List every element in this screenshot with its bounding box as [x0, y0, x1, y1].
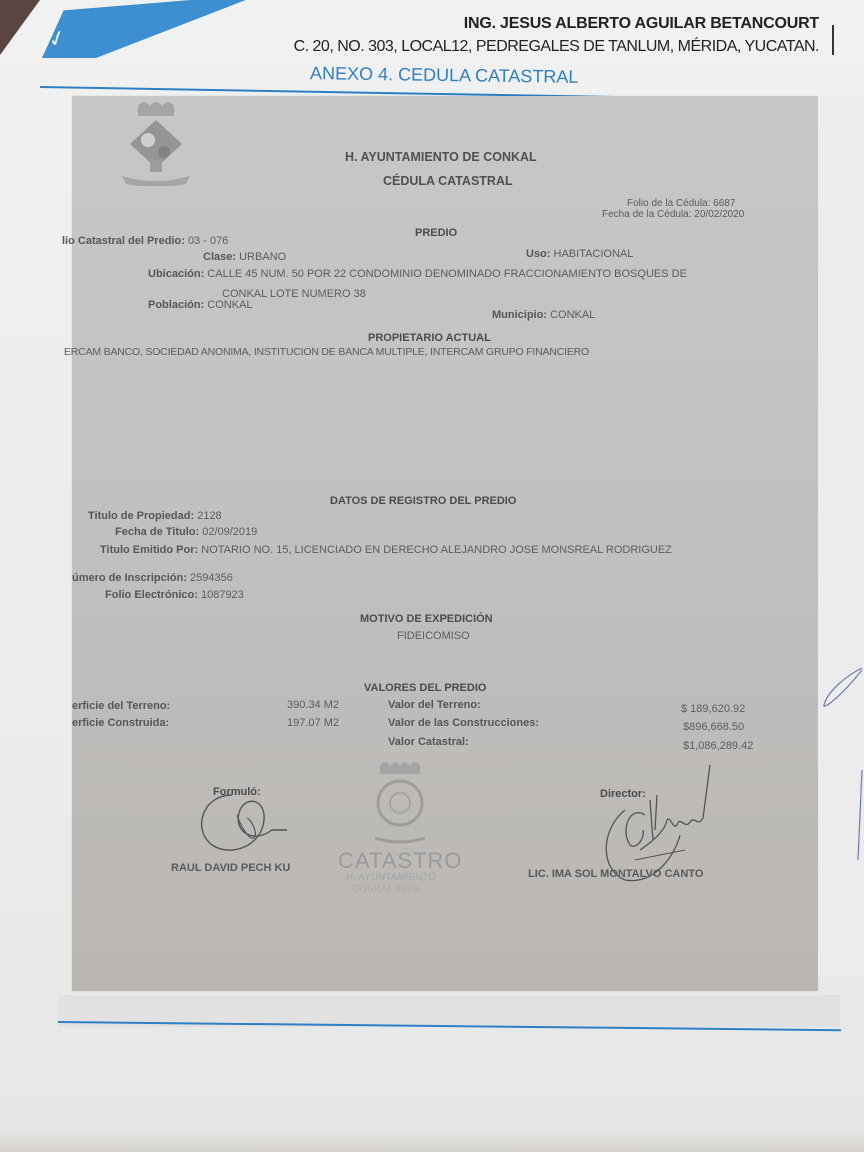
ubicacion-line1: CALLE 45 NUM. 50 POR 22 CONDOMINIO DENOM…: [207, 268, 687, 280]
stamp-title: CATASTRO: [338, 848, 463, 874]
valor-construcciones-value: $896,668.50: [683, 721, 744, 733]
fecha-label: Fecha de la Cédula:: [602, 209, 692, 220]
propietario-section-title: PROPIETARIO ACTUAL: [368, 332, 491, 344]
clase-value: URBANO: [239, 251, 286, 263]
document-title: CÉDULA CATASTRAL: [383, 174, 513, 188]
catastro-seal-icon: [365, 758, 435, 850]
folio-catastral-value: 03 - 076: [188, 235, 228, 247]
folio-catastral-row: lio Catastral del Predio: 03 - 076: [62, 235, 228, 247]
emitido-label: Titulo Emitido Por:: [100, 544, 198, 556]
valor-terreno-value: $ 189,620.92: [681, 703, 745, 715]
poblacion-row: Población: CONKAL: [148, 299, 253, 311]
uso-label: Uso:: [526, 248, 550, 260]
sup-construida-label: erficie Construida:: [72, 717, 169, 729]
pen-mark-icon: [818, 660, 864, 860]
clase-label: Clase:: [203, 251, 236, 263]
valor-catastral-value: $1,086,289.42: [683, 740, 753, 752]
scanned-page: ✓ ING. JESUS ALBERTO AGUILAR BETANCOURT …: [0, 0, 864, 1152]
uso-value: HABITACIONAL: [554, 248, 634, 260]
stamp-line1: H. AYUNTAMIENTO: [346, 872, 436, 883]
ubicacion-row: Ubicación: CALLE 45 NUM. 50 POR 22 CONDO…: [148, 268, 687, 280]
motivo-value: FIDEICOMISO: [397, 630, 470, 642]
folio-cedula: Folio de la Cédula: 6687: [627, 198, 735, 209]
clase-row: Clase: URBANO: [203, 251, 286, 263]
fecha-titulo-value: 02/09/2019: [202, 526, 257, 538]
predio-section-title: PREDIO: [415, 227, 457, 239]
sup-construida-value: 197.07 M2: [287, 717, 339, 729]
municipio-value: CONKAL: [550, 309, 595, 321]
company-logo: [42, 0, 312, 58]
institution-name: H. AYUNTAMIENTO DE CONKAL: [345, 150, 537, 164]
municipio-row: Municipio: CONKAL: [492, 309, 595, 321]
ubicacion-label: Ubicación:: [148, 268, 204, 280]
signature-director-icon: [595, 760, 725, 885]
page-bottom-edge: [0, 1130, 864, 1152]
valores-section-title: VALORES DEL PREDIO: [364, 682, 486, 694]
emitido-row: Titulo Emitido Por: NOTARIO NO. 15, LICE…: [100, 544, 672, 556]
fecha-value: 20/02/2020: [694, 209, 744, 220]
titulo-value: 2128: [197, 510, 221, 522]
faded-stamp: [705, 152, 765, 176]
company-address: C. 20, NO. 303, LOCAL12, PEDREGALES DE T…: [294, 38, 819, 56]
municipal-crest-icon: [120, 98, 192, 186]
folio-electronico-label: Folio Electrónico:: [105, 589, 198, 601]
titulo-row: Titulo de Propiedad: 2128: [88, 510, 222, 522]
folio-value: 6687: [713, 198, 735, 209]
director-name: LIC. IMA SOL MONTALVO CANTO: [528, 868, 703, 880]
fecha-cedula: Fecha de la Cédula: 20/02/2020: [602, 209, 744, 220]
folio-catastral-label: lio Catastral del Predio:: [62, 235, 185, 247]
valor-terreno-label: Valor del Terreno:: [388, 699, 481, 711]
propietario-name: ERCAM BANCO, SOCIEDAD ANONIMA, INSTITUCI…: [64, 346, 589, 358]
valor-construcciones-label: Valor de las Construcciones:: [388, 717, 539, 729]
inscripcion-label: úmero de Inscripción:: [72, 572, 187, 584]
folio-electronico-value: 1087923: [201, 589, 244, 601]
folio-label: Folio de la Cédula:: [627, 198, 710, 209]
inscripcion-row: úmero de Inscripción: 2594356: [72, 572, 233, 584]
sup-terreno-label: erficie del Terreno:: [72, 700, 170, 712]
fecha-titulo-label: Fecha de Titulo:: [115, 526, 199, 538]
folio-electronico-row: Folio Electrónico: 1087923: [105, 589, 244, 601]
poblacion-label: Población:: [148, 299, 204, 311]
poblacion-value: CONKAL: [207, 299, 252, 311]
titulo-label: Titulo de Propiedad:: [88, 510, 194, 522]
valor-catastral-label: Valor Catastral:: [388, 736, 469, 748]
municipio-label: Municipio:: [492, 309, 547, 321]
background-corner: [0, 0, 40, 55]
header-divider: [832, 25, 834, 55]
company-name: ING. JESUS ALBERTO AGUILAR BETANCOURT: [464, 15, 819, 33]
motivo-section-title: MOTIVO DE EXPEDICIÓN: [360, 613, 493, 625]
formulo-name: RAUL DAVID PECH KU: [171, 862, 290, 874]
signature-formulo-icon: [192, 790, 292, 860]
annex-title: ANEXO 4. CEDULA CATASTRAL: [310, 63, 579, 88]
stamp-line2: CONKAL 2018-: [352, 884, 421, 895]
fecha-titulo-row: Fecha de Titulo: 02/09/2019: [115, 526, 257, 538]
emitido-value: NOTARIO NO. 15, LICENCIADO EN DERECHO AL…: [201, 544, 672, 556]
registro-section-title: DATOS DE REGISTRO DEL PREDIO: [330, 495, 516, 507]
inscripcion-value: 2594356: [190, 572, 233, 584]
sup-terreno-value: 390.34 M2: [287, 699, 339, 711]
uso-row: Uso: HABITACIONAL: [526, 248, 633, 260]
